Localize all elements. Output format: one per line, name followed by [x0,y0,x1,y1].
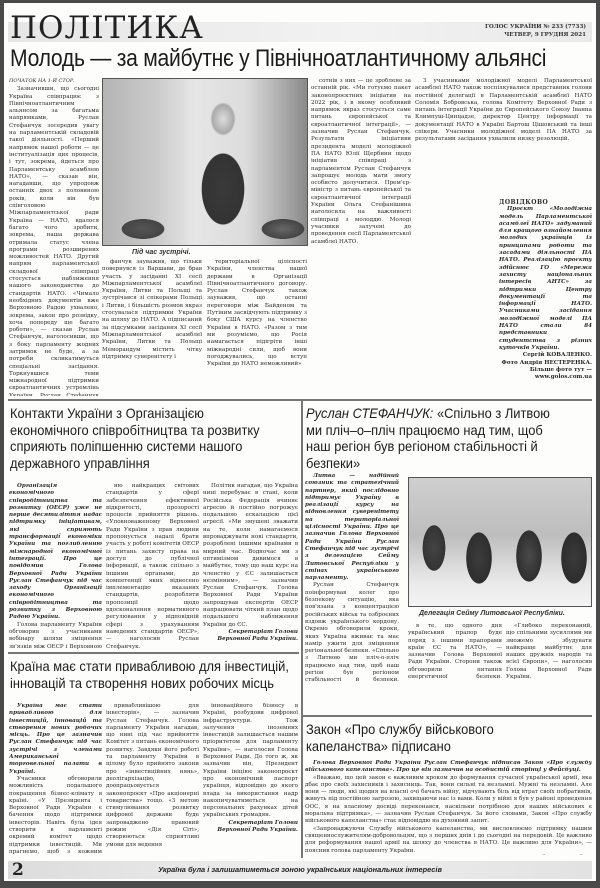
article3-headline-name: Руслан СТЕФАНЧУК: [306,405,433,421]
divider [301,401,303,858]
article2-headline: Контакти України з Організацією економіч… [10,405,286,471]
divider [8,399,592,401]
article3-col2: в те, що одного дня український прапор б… [408,623,502,681]
page-footer: 2 Україна була і залишатиметься зоною ук… [4,859,596,881]
divider [303,715,592,717]
article1-col5: З учасниками молодіжної моделі Парламент… [415,78,592,200]
article1-kicker: ПОЧАТОК НА 1-Й СТОР. [9,78,99,85]
article2-col1: Організація економічного співробітництва… [9,483,102,649]
article3-headline: Руслан СТЕФАНЧУК: «Спільно з Литвою ми п… [306,405,554,471]
box-heading: ДОВІДКОВО [499,199,592,206]
article1-photo [102,78,308,246]
issue-date: ЧЕТВЕР, 9 ГРУДНЯ 2021 [485,31,586,39]
article3-photo-caption: Делегація Сейму Литовської Республіки. [419,610,565,617]
article5-body: Голова Верховної Ради України Руслан Сте… [305,760,592,855]
article1-more-photos-link[interactable]: Більше фото тут — www.golos.com.ua [499,367,592,382]
box-text: Проєкт «Молодіжна модель Парламентської … [499,206,592,352]
article1-col3: територіальної цілісності України, членс… [207,259,307,396]
article1-box: ДОВІДКОВО Проєкт «Молодіжна модель Парла… [499,199,592,396]
newspaper-page: ПОЛІТИКА ГОЛОС УКРАЇНИ № 233 (7733) ЧЕТВ… [4,3,596,881]
article3-photo [408,477,592,607]
article1-col4: сотнів з них — це зроблене за останній р… [311,78,411,396]
article1-photo-credit: Фото Андрія НЕСТЕРЕНКА. [499,360,592,367]
article2-col3: Політик нагадав, що Україна нині перебув… [203,483,298,649]
divider [8,652,299,654]
article1-author: Сергій КОВАЛЕНКО. [499,352,592,359]
article2-signature: Секретаріат Голови Верховної Ради Україн… [203,629,298,644]
article1-photo-caption: Під час зустрічі. [132,249,191,256]
article4-signature: Секретаріат Голови Верховної Ради Україн… [203,820,298,835]
issue-number: ГОЛОС УКРАЇНИ № 233 (7733) [485,23,586,31]
issue-meta: ГОЛОС УКРАЇНИ № 233 (7733) ЧЕТВЕР, 9 ГРУ… [485,23,586,39]
article3-col3: «Глибоко переконаний, що спільними зусил… [506,623,592,681]
article3-col1: Литва — надійний союзник та стратегічний… [305,473,399,681]
article1-col2: фанчук зауважив, що тільки повернувся із… [102,259,202,396]
section-title: ПОЛІТИКА [10,11,204,45]
article4-col3: інноваційного бізнесу в Україні, розбудо… [203,703,298,855]
article1-headline: Молодь — за майбутнє у Північноатлантичн… [10,45,546,73]
article4-col2: привабливішою для інвесторів», — зазначи… [106,703,199,855]
article2-col2: ню найкращих світових стандартів у сфері… [106,483,199,649]
footer-slogan: Україна була і залишатиметься зоною укра… [4,865,596,874]
article5-headline: Закон «Про службу військового капеланств… [306,721,573,754]
masthead: ПОЛІТИКА ГОЛОС УКРАЇНИ № 233 (7733) ЧЕТВ… [4,11,596,45]
article1-col1: ПОЧАТОК НА 1-Й СТОР. Зазначивши, що сьог… [9,78,99,396]
article4-col1: Україна має стати привабливою для інвест… [9,703,102,855]
article4-headline: Країна має стати привабливою для інвести… [10,658,304,691]
